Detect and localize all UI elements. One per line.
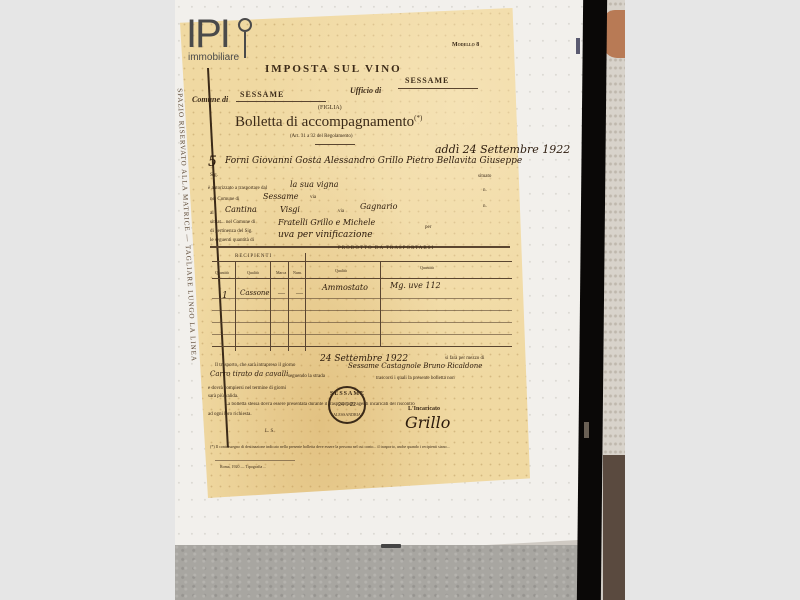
rule <box>212 346 512 347</box>
logo-subtitle: immobiliare <box>188 52 239 63</box>
incaricato-label: L'Incaricato <box>408 406 440 412</box>
cell-prod-quality: Ammostato <box>322 283 368 292</box>
pertinenza-label: di pertinenza del Sig. <box>210 229 253 234</box>
comune-label: Comune di <box>192 95 228 104</box>
rule <box>212 298 512 299</box>
cell-quality: Cassone <box>240 289 270 297</box>
ls-label: L. S. <box>265 429 275 434</box>
vrule <box>288 261 289 351</box>
tax-title: IMPOSTA SUL VINO <box>265 63 402 75</box>
stamp-bottom: (ALESSANDRIA) <box>330 412 364 417</box>
situato-label: situato <box>478 174 491 179</box>
rule <box>398 88 478 89</box>
quantita-label: le seguenti quantità di <box>210 238 254 243</box>
transport-text-3: trascorsi i quali la presente bolletta n… <box>376 376 455 381</box>
col-prod-quantita: Quantità <box>420 265 434 270</box>
table-group-left: RECIPIENTI <box>235 254 272 259</box>
autorizzato-value: la sua vigna <box>290 180 339 189</box>
frame-clip-right-bottom <box>584 422 589 438</box>
stamp-date: 24 9 22 <box>330 402 364 408</box>
n-label-1: n. <box>483 188 487 193</box>
cell-num: — <box>296 289 303 297</box>
via-label-1: via <box>310 195 316 200</box>
rule <box>236 101 326 102</box>
document-title: Bolletta di accompagnamento(*) <box>235 114 422 131</box>
situat-label: situat... nel Comune di <box>210 220 255 225</box>
vrule <box>380 261 381 346</box>
photo: SPAZIO RISERVATO ALLA MATRICE — TAGLIARE… <box>175 0 625 600</box>
vrule <box>270 261 271 351</box>
regulation: (Art. 31 a 32 del Regolamento) <box>290 134 352 139</box>
rule <box>212 310 512 311</box>
col-num: Num. <box>293 270 302 275</box>
rule <box>212 278 512 279</box>
rule <box>212 261 512 262</box>
printer: Roma, 1920 — Tipografia ... <box>220 464 266 469</box>
subtitle-small: (FIGLIA) <box>318 105 342 111</box>
ufficio-label: Ufficio di <box>350 86 381 95</box>
vrule <box>305 253 306 351</box>
table-group-right: PRODOTTO DA TRASPORTARSI <box>338 246 434 251</box>
key-shaft <box>244 32 246 58</box>
pertinenza-value: Fratelli Grillo e Michele <box>278 218 375 227</box>
document: SPAZIO RISERVATO ALLA MATRICE — TAGLIARE… <box>180 8 530 498</box>
transport-text-2: si farà per mezzo di <box>445 356 484 361</box>
stone-wall <box>175 545 600 600</box>
signature: Grillo <box>405 413 450 432</box>
rule <box>212 322 512 323</box>
road-label: seguendo la strada <box>288 374 325 379</box>
model-label: Modello 8 <box>452 42 479 48</box>
title-text: Bolletta di accompagnamento <box>235 114 414 130</box>
rule <box>212 334 512 335</box>
stamp-top: SESSAME <box>330 391 364 397</box>
logo-mark: IPI <box>186 14 229 54</box>
col-quantita: Quantità <box>215 270 229 275</box>
title-note: (*) <box>414 114 422 122</box>
rule <box>215 460 295 461</box>
cell-marca: — <box>278 289 285 297</box>
document-number: 5 <box>208 154 217 170</box>
transport-means: Carro tirato da cavalli <box>210 370 288 378</box>
sig-value: Forni Giovanni Gosta Alessandro Grillo P… <box>225 156 525 166</box>
sig-label: Sig. <box>210 173 218 178</box>
n-label-2: n. <box>483 204 487 209</box>
ipi-logo: IPI immobiliare <box>186 14 229 54</box>
quantita-value: uva per vinificazione <box>278 230 373 240</box>
comune-value: SESSAME <box>240 90 284 99</box>
autorizzato-label: è autorizzato a trasportare dal <box>208 186 267 191</box>
col-qualita: Qualità <box>247 270 259 275</box>
cell-prod-qty: Mg. uve 112 <box>390 281 441 290</box>
wall-right-shadow <box>603 455 625 600</box>
vrule <box>235 261 236 351</box>
per-label: per <box>425 225 431 230</box>
al-label: al <box>210 211 214 216</box>
via-label-2: via <box>338 209 344 214</box>
cell-qty: 1 <box>222 291 228 301</box>
margin-text: SPAZIO RISERVATO ALLA MATRICE — TAGLIARE… <box>176 88 203 448</box>
ufficio-value: SESSAME <box>405 76 449 85</box>
col-prod-qualita: Qualità <box>335 268 347 273</box>
via-value: Gagnario <box>360 202 397 211</box>
transport-text-5: sarà più valida. <box>208 394 238 399</box>
key-icon <box>238 18 252 32</box>
comune-row-value: Sessame <box>263 192 299 201</box>
col-marca: Marca <box>276 270 286 275</box>
rule <box>315 144 355 145</box>
footnote: (*) Il contrassegno di destinazione indi… <box>210 444 510 449</box>
al-value: Cantina <box>225 205 257 214</box>
date-line: addì 24 Settembre 1922 <box>435 143 570 156</box>
transport-text-1: Il trasporto, che sarà intrapreso il gio… <box>215 363 295 368</box>
frame-clip-bottom <box>381 544 401 548</box>
al-value-2: Visgi <box>280 205 300 214</box>
postal-stamp: SESSAME 24 9 22 (ALESSANDRIA) <box>328 386 366 424</box>
frame-clip-right-top <box>576 38 580 54</box>
road-value: Sessame Castagnole Bruno Ricaldone <box>348 362 482 370</box>
comune-row-label: nel Comune di <box>210 197 239 202</box>
transport-text-7: ad ogni loro richiesta. <box>208 412 252 417</box>
transport-text-4: e dovrà compiersi nel termine di giorni <box>208 386 286 391</box>
